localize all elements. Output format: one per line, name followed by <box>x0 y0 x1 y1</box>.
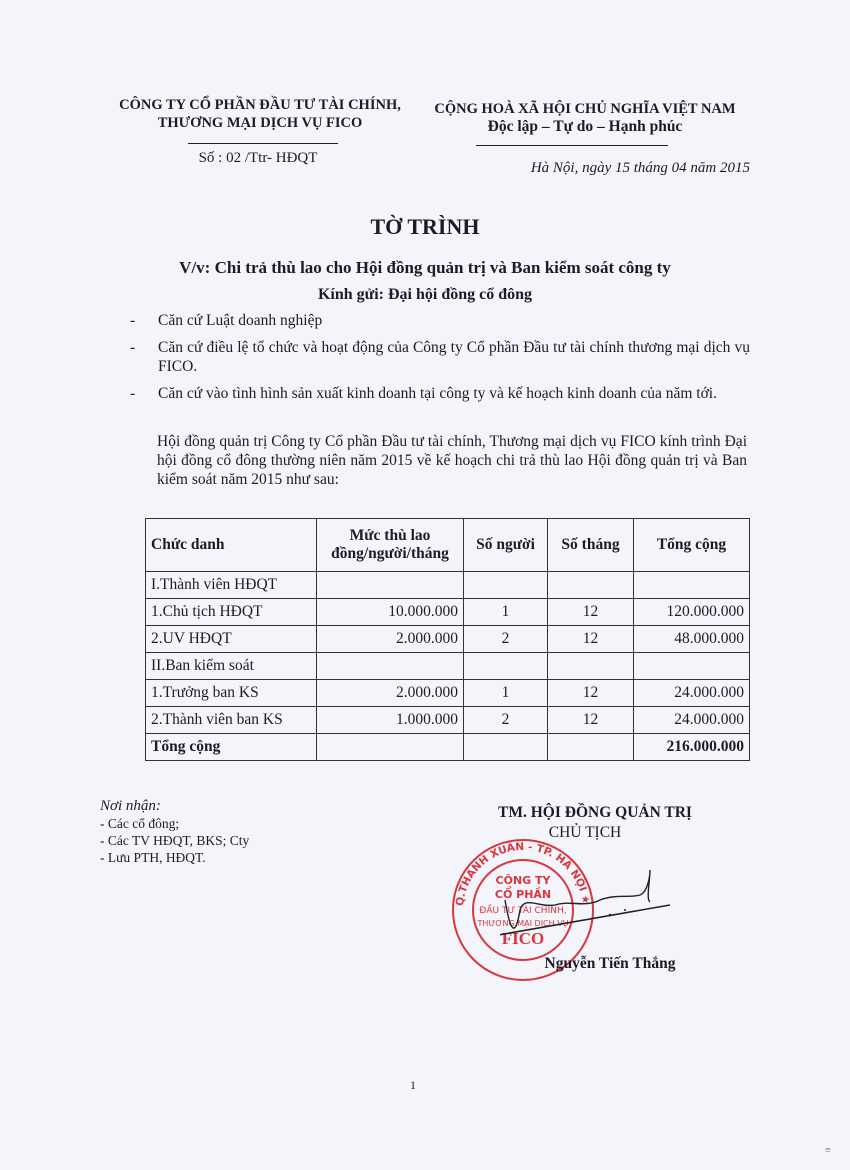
list-item: -Căn cứ Luật doanh nghiệp <box>130 311 750 330</box>
nation-header: CỘNG HOÀ XÃ HỘI CHỦ NGHĨA VIỆT NAM Độc l… <box>420 100 750 136</box>
table-cell <box>548 572 634 599</box>
table-cell: 2.000.000 <box>317 626 464 653</box>
table-cell <box>548 734 634 761</box>
nation-line1: CỘNG HOÀ XÃ HỘI CHỦ NGHĨA VIỆT NAM <box>420 100 750 118</box>
nation-motto: Độc lập – Tự do – Hạnh phúc <box>420 118 750 136</box>
col-header-months: Số tháng <box>548 519 634 572</box>
signature-scribble-icon <box>500 870 700 960</box>
table-cell: 2 <box>464 626 548 653</box>
table-cell <box>464 572 548 599</box>
signatory-name: Nguyễn Tiến Thắng <box>510 955 710 973</box>
table-cell: 12 <box>548 680 634 707</box>
table-cell: 1.000.000 <box>317 707 464 734</box>
table-cell: 120.000.000 <box>634 599 750 626</box>
table-cell: 1.Trưởng ban KS <box>146 680 317 707</box>
page-number: 1 <box>410 1078 416 1093</box>
col-header-position: Chức danh <box>146 519 317 572</box>
table-row: II.Ban kiểm soát <box>146 653 750 680</box>
col-header-rate: Mức thù lao đồng/người/tháng <box>317 519 464 572</box>
table-cell <box>317 734 464 761</box>
table-row: I.Thành viên HĐQT <box>146 572 750 599</box>
table-cell: 12 <box>548 707 634 734</box>
header-left-rule <box>188 143 338 144</box>
table-cell <box>464 734 548 761</box>
table-cell: 216.000.000 <box>634 734 750 761</box>
date-line: Hà Nội, ngày 15 tháng 04 năm 2015 <box>460 160 750 177</box>
table-cell <box>548 653 634 680</box>
recipient-item: - Các TV HĐQT, BKS; Cty <box>100 832 249 849</box>
recipient-item: - Lưu PTH, HĐQT. <box>100 849 249 866</box>
table-cell <box>634 572 750 599</box>
table-cell: 12 <box>548 626 634 653</box>
company-header: CÔNG TY CỔ PHẦN ĐẦU TƯ TÀI CHÍNH, THƯƠNG… <box>100 96 420 132</box>
table-cell: 1 <box>464 599 548 626</box>
table-cell: 24.000.000 <box>634 707 750 734</box>
table-row: Tổng cộng216.000.000 <box>146 734 750 761</box>
table-cell: Tổng cộng <box>146 734 317 761</box>
document-page: { "header": { "company_line1": "CÔNG TY … <box>0 0 850 1170</box>
table-cell: 10.000.000 <box>317 599 464 626</box>
date-place: Hà Nội <box>531 160 575 176</box>
header-right-rule <box>476 145 668 146</box>
table-cell: 48.000.000 <box>634 626 750 653</box>
body-paragraph: Hội đồng quản trị Công ty Cổ phần Đầu tư… <box>157 432 747 489</box>
table-cell <box>464 653 548 680</box>
table-cell <box>634 653 750 680</box>
table-cell <box>317 653 464 680</box>
date-text: , ngày 15 tháng 04 năm 2015 <box>575 160 750 176</box>
recipients-heading: Nơi nhận: <box>100 798 249 815</box>
compensation-table: Chức danh Mức thù lao đồng/người/tháng S… <box>145 518 750 761</box>
table-header-row: Chức danh Mức thù lao đồng/người/tháng S… <box>146 519 750 572</box>
table-row: 1.Chủ tịch HĐQT10.000.000112120.000.000 <box>146 599 750 626</box>
list-item: -Căn cứ vào tình hình sản xuất kinh doan… <box>130 384 750 403</box>
table-cell: 24.000.000 <box>634 680 750 707</box>
recipient-item: - Các cổ đông; <box>100 815 249 832</box>
table-cell: 2.Thành viên ban KS <box>146 707 317 734</box>
table-cell: 1 <box>464 680 548 707</box>
table-cell: I.Thành viên HĐQT <box>146 572 317 599</box>
table-row: 1.Trưởng ban KS2.000.00011224.000.000 <box>146 680 750 707</box>
addressee: Kính gửi: Đại hội đồng cổ đông <box>0 286 850 304</box>
signature-org: TM. HỘI ĐỒNG QUẢN TRỊ <box>460 804 730 822</box>
scan-mark-icon: ≡ <box>825 1145 831 1156</box>
legal-basis-list: -Căn cứ Luật doanh nghiệp -Căn cứ điều l… <box>130 311 750 411</box>
table-cell: 2.000.000 <box>317 680 464 707</box>
recipients-block: Nơi nhận: - Các cổ đông; - Các TV HĐQT, … <box>100 798 249 866</box>
table-cell: 2 <box>464 707 548 734</box>
table-cell: 2.UV HĐQT <box>146 626 317 653</box>
table-row: 2.UV HĐQT2.000.00021248.000.000 <box>146 626 750 653</box>
col-header-people: Số người <box>464 519 548 572</box>
table-row: 2.Thành viên ban KS1.000.00021224.000.00… <box>146 707 750 734</box>
table-cell: 1.Chủ tịch HĐQT <box>146 599 317 626</box>
table-cell: 12 <box>548 599 634 626</box>
document-title: TỜ TRÌNH <box>0 214 850 240</box>
document-number: Số : 02 /Ttr- HĐQT <box>178 150 338 167</box>
col-header-total: Tổng cộng <box>634 519 750 572</box>
company-name-line1: CÔNG TY CỔ PHẦN ĐẦU TƯ TÀI CHÍNH, <box>100 96 420 114</box>
document-subject: V/v: Chi trả thù lao cho Hội đồng quản t… <box>0 258 850 278</box>
list-item: -Căn cứ điều lệ tổ chức và hoạt động của… <box>130 338 750 376</box>
company-name-line2: THƯƠNG MẠI DỊCH VỤ FICO <box>100 114 420 132</box>
table-cell <box>317 572 464 599</box>
table-cell: II.Ban kiểm soát <box>146 653 317 680</box>
